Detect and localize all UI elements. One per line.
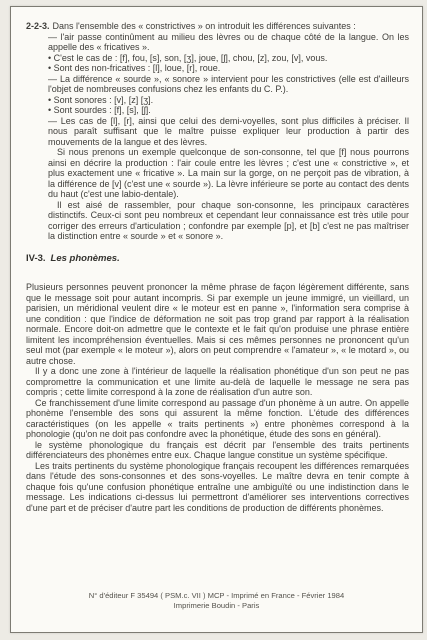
section-2-2-3: 2-2-3.Dans l'ensemble des « constrictive…	[26, 21, 409, 242]
list-item: — La différence « sourde », « sonore » i…	[48, 74, 409, 95]
section-2-2-3-intro: 2-2-3.Dans l'ensemble des « constrictive…	[48, 21, 409, 32]
body-paragraph: Plusieurs personnes peuvent prononcer la…	[26, 282, 409, 366]
body-paragraph: Si nous prenons un exemple quelconque de…	[48, 147, 409, 200]
scanned-document-page: 2-2-3.Dans l'ensemble des « constrictive…	[10, 6, 423, 633]
list-item: • Sont des non-fricatives : [l], loue, […	[48, 63, 409, 74]
body-paragraph: Ce franchissement d'une limite correspon…	[26, 398, 409, 440]
body-paragraph: le système phonologique du français est …	[26, 440, 409, 461]
list-item: • C'est le cas de : [f], fou, [s], son, …	[48, 53, 409, 64]
list-item: — Les cas de [l], [r], ainsi que celui d…	[48, 116, 409, 148]
heading-number: IV-3.	[26, 253, 46, 264]
imprint-printer-line: Imprimerie Boudin - Paris	[11, 601, 422, 611]
list-item: — l'air passe continûment au milieu des …	[48, 32, 409, 53]
body-paragraph: Les traits pertinents du système phonolo…	[26, 461, 409, 514]
list-item: • Sont sonores : [v], [z] [ʒ].	[48, 95, 409, 106]
section-intro-text: Dans l'ensemble des « constrictives » on…	[53, 21, 356, 31]
heading-title: Les phonèmes.	[51, 253, 120, 264]
footer-imprint: N° d'éditeur F 35494 ( PSM.c. VII ) MCP …	[11, 591, 422, 611]
section-heading-iv3: IV-3.Les phonèmes.	[26, 254, 409, 265]
list-item: • Sont sourdes : [f], [s], [ʃ].	[48, 105, 409, 116]
page-text-block: 2-2-3.Dans l'ensemble des « constrictive…	[26, 21, 409, 513]
section-number: 2-2-3.	[26, 21, 50, 31]
body-paragraph: Il y a donc une zone à l'intérieur de la…	[26, 366, 409, 398]
section-phonemes-body: Plusieurs personnes peuvent prononcer la…	[26, 282, 409, 513]
imprint-publisher-line: N° d'éditeur F 35494 ( PSM.c. VII ) MCP …	[11, 591, 422, 601]
body-paragraph: Il est aisé de rassembler, pour chaque s…	[48, 200, 409, 242]
